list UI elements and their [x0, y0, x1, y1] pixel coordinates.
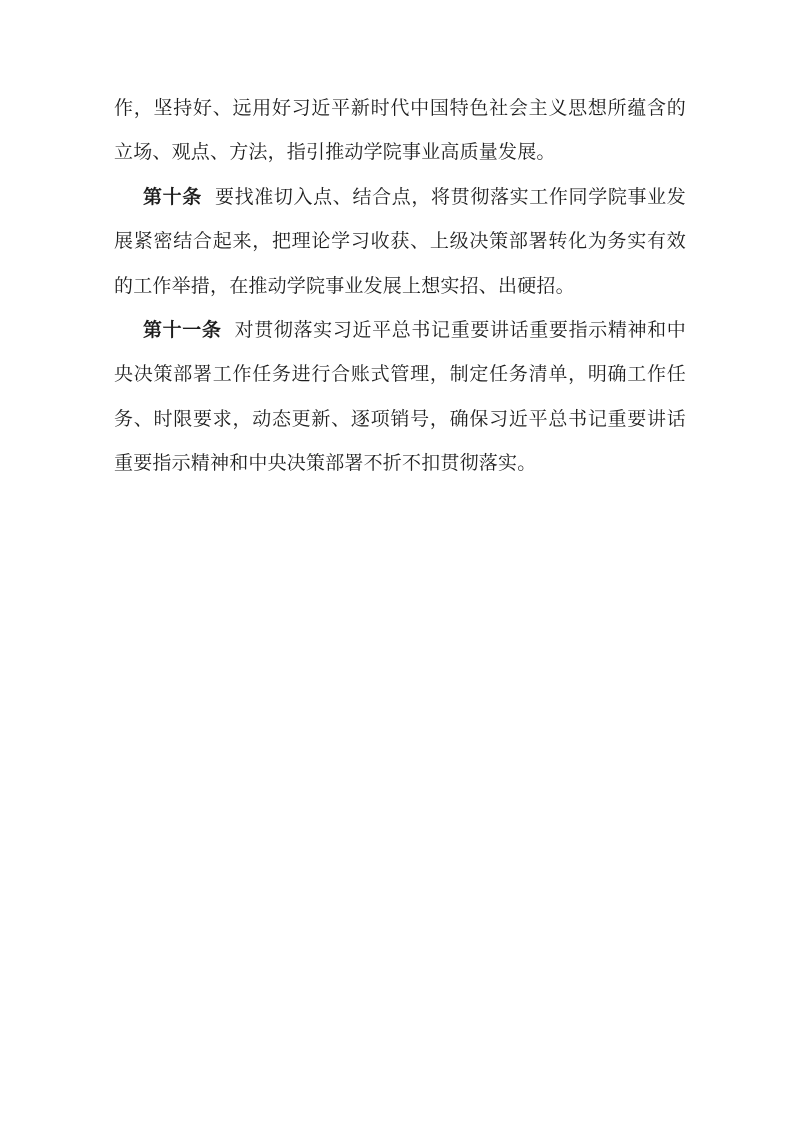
- document-text-block: 作，坚持好、远用好习近平新时代中国特色社会主义思想所蕴含的立场、观点、方法，指引…: [114, 87, 686, 487]
- paragraph-article-10: 第十条要找准切入点、结合点，将贯彻落实工作同学院事业发展紧密结合起来，把理论学习…: [114, 176, 686, 309]
- article-11-text: 对贯彻落实习近平总书记重要讲话重要指示精神和中央决策部署工作任务进行合账式管理，…: [114, 320, 686, 474]
- paragraph-article-11: 第十一条对贯彻落实习近平总书记重要讲话重要指示精神和中央决策部署工作任务进行合账…: [114, 309, 686, 487]
- article-11-label: 第十一条: [143, 320, 222, 341]
- article-10-label: 第十条: [143, 187, 202, 208]
- paragraph-continuation: 作，坚持好、远用好习近平新时代中国特色社会主义思想所蕴含的立场、观点、方法，指引…: [114, 87, 686, 176]
- document-page: 作，坚持好、远用好习近平新时代中国特色社会主义思想所蕴含的立场、观点、方法，指引…: [0, 0, 793, 1122]
